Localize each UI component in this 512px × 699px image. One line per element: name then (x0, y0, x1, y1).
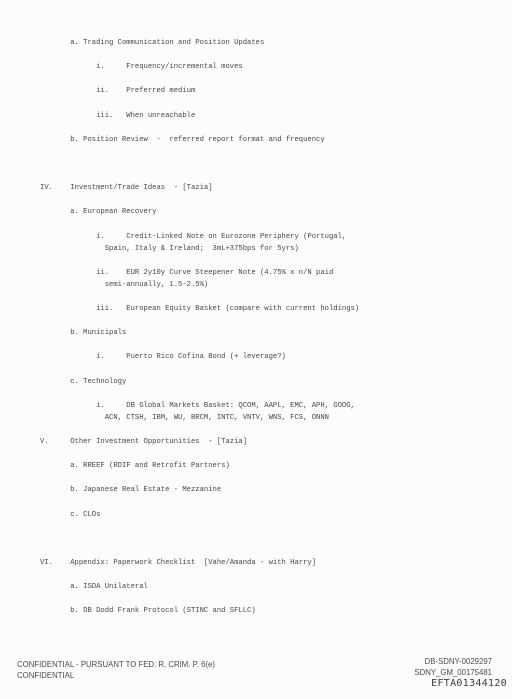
bates-number-db-sdny: DB-SDNY-0029297 (414, 657, 492, 668)
bates-numbers: DB-SDNY-0029297 SDNY_GM_00175481 EFTA013… (414, 657, 492, 689)
confidential-footer: CONFIDENTIAL - PURSUANT TO FED. R. CRIM.… (17, 659, 215, 681)
document-page: a. Trading Communication and Position Up… (0, 0, 512, 699)
bates-stamp-efta: EFTA01344120 (414, 679, 507, 690)
confidential-line-1: CONFIDENTIAL - PURSUANT TO FED. R. CRIM.… (17, 659, 215, 670)
confidential-line-2: CONFIDENTIAL (17, 670, 215, 681)
outline-text: a. Trading Communication and Position Up… (40, 37, 359, 618)
bates-number-sdny-gm: SDNY_GM_00175481 (414, 668, 492, 679)
